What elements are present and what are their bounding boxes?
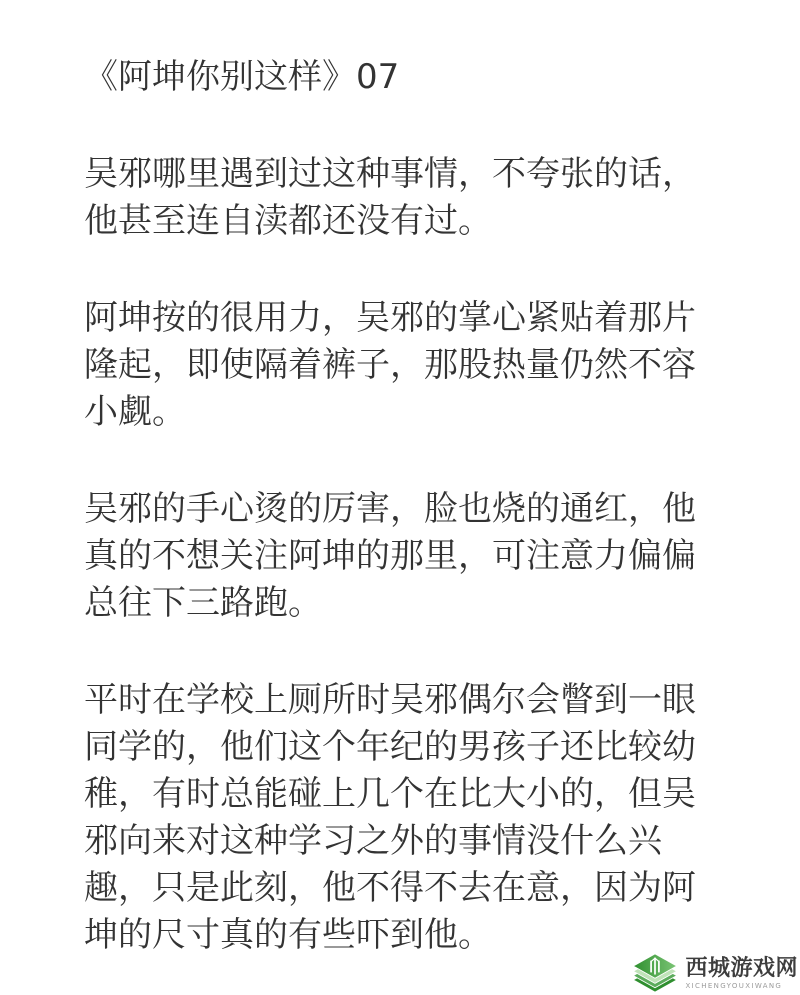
paragraph-2: 阿坤按的很用力，吴邪的掌心紧贴着那片 隆起，即使隔着裤子，那股热量仍然不容 小觑… bbox=[84, 295, 724, 436]
text-line: 平时在学校上厕所时吴邪偶尔会瞥到一眼 bbox=[84, 677, 724, 724]
text-line: 总往下三路跑。 bbox=[84, 580, 724, 627]
text-line: 吴邪的手心烫的厉害，脸也烧的通红，他 bbox=[84, 486, 724, 533]
watermark-site-name: 西城游戏网 bbox=[685, 956, 798, 981]
paragraph-1: 吴邪哪里遇到过这种事情，不夸张的话， 他甚至连自渎都还没有过。 bbox=[84, 151, 724, 245]
wheat-layers-logo-icon bbox=[631, 953, 679, 993]
text-line: 隆起，即使隔着裤子，那股热量仍然不容 bbox=[84, 342, 724, 389]
watermark-texts: 西城游戏网 XICHENGYOUXIWANG bbox=[685, 956, 798, 990]
text-line: 同学的，他们这个年纪的男孩子还比较幼 bbox=[84, 724, 724, 771]
text-line: 阿坤按的很用力，吴邪的掌心紧贴着那片 bbox=[84, 295, 724, 342]
text-line: 他甚至连自渎都还没有过。 bbox=[84, 198, 724, 245]
paragraph-3: 吴邪的手心烫的厉害，脸也烧的通红，他 真的不想关注阿坤的那里，可注意力偏偏 总往… bbox=[84, 486, 724, 627]
text-line: 坤的尺寸真的有些吓到他。 bbox=[84, 912, 724, 959]
novel-text-page: 《阿坤你别这样》07 吴邪哪里遇到过这种事情，不夸张的话， 他甚至连自渎都还没有… bbox=[0, 0, 800, 995]
text-line: 趣，只是此刻，他不得不去在意，因为阿 bbox=[84, 865, 724, 912]
text-line: 邪向来对这种学习之外的事情没什么兴 bbox=[84, 818, 724, 865]
text-line: 稚，有时总能碰上几个在比大小的，但吴 bbox=[84, 771, 724, 818]
text-line: 小觑。 bbox=[84, 389, 724, 436]
watermark-site-romanized: XICHENGYOUXIWANG bbox=[685, 982, 782, 990]
text-line: 吴邪哪里遇到过这种事情，不夸张的话， bbox=[84, 151, 724, 198]
paragraph-4: 平时在学校上厕所时吴邪偶尔会瞥到一眼 同学的，他们这个年纪的男孩子还比较幼 稚，… bbox=[84, 677, 724, 959]
chapter-title: 《阿坤你别这样》07 bbox=[84, 54, 724, 101]
text-line: 真的不想关注阿坤的那里，可注意力偏偏 bbox=[84, 533, 724, 580]
story-text: 《阿坤你别这样》07 吴邪哪里遇到过这种事情，不夸张的话， 他甚至连自渎都还没有… bbox=[84, 54, 724, 959]
watermark: 西城游戏网 XICHENGYOUXIWANG bbox=[631, 953, 798, 993]
chapter-title-text: 《阿坤你别这样》07 bbox=[84, 54, 724, 101]
